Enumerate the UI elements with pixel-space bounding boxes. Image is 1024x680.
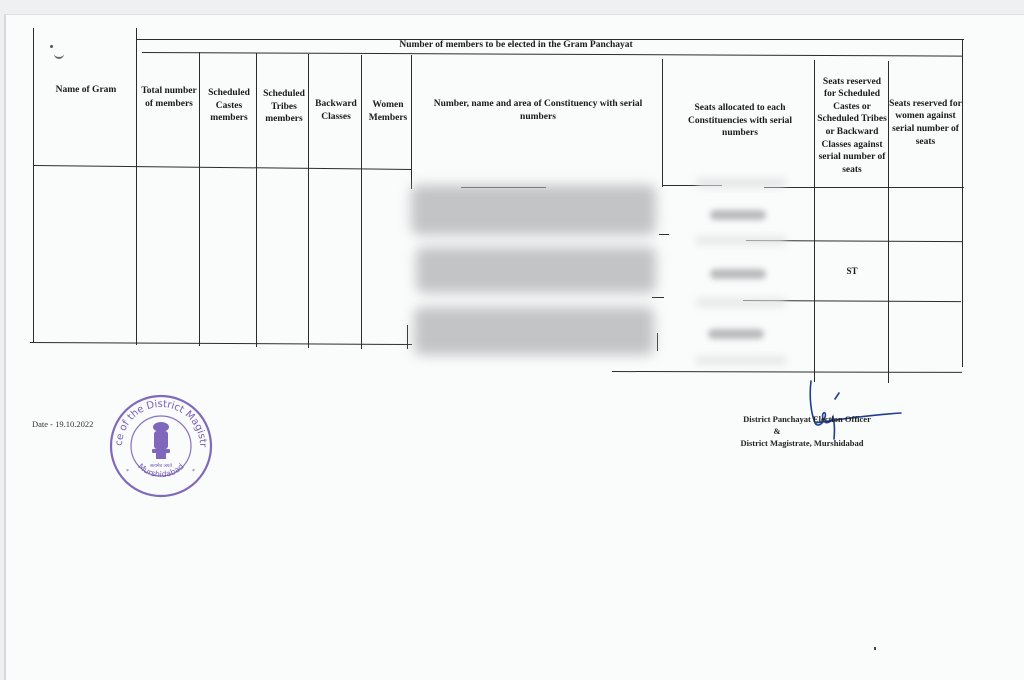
document-date: Date - 19.10.2022 — [32, 419, 93, 429]
table-border — [657, 333, 658, 351]
redacted-band — [696, 237, 786, 244]
redacted-band — [696, 299, 786, 306]
national-emblem-icon — [152, 422, 170, 459]
table-border — [962, 39, 963, 367]
stray-mark — [50, 45, 53, 48]
district-magistrate-stamp: Office of the District Magistrate Murshi… — [108, 393, 214, 499]
column-header-seats-allocated: Seats allocated to each Constituencies w… — [670, 97, 810, 145]
table-border — [30, 342, 412, 345]
redacted-seats-row-2 — [710, 269, 766, 279]
table-border — [662, 59, 663, 187]
signer-title-line-1: District Panchayat Election Officer — [722, 414, 892, 424]
table-border — [33, 28, 34, 342]
document-page: Number of members to be elected in the G… — [4, 14, 1024, 680]
column-header-sc-members: Scheduled Castes members — [201, 81, 257, 131]
table-border — [659, 234, 669, 235]
reserved-category-row-2: ST — [816, 266, 888, 276]
column-header-total-members: Total number of members — [139, 73, 199, 123]
stray-mark — [54, 51, 64, 59]
column-header-name-of-gram: Name of Gram — [36, 75, 136, 105]
signer-title-line-2: & — [722, 426, 832, 436]
column-header-women-members: Women Members — [363, 94, 413, 130]
group-header: Number of members to be elected in the G… — [306, 37, 726, 53]
redacted-constituency-row-3 — [414, 307, 654, 355]
signer-title-line-3: District Magistrate, Murshidabad — [722, 438, 882, 448]
svg-text:सत्यमेव जयते: सत्यमेव जयते — [150, 462, 173, 469]
redacted-constituency-row-2 — [416, 247, 656, 293]
column-header-constituency: Number, name and area of Constituency wi… — [418, 93, 658, 129]
svg-text:*: * — [126, 469, 129, 475]
table-border — [652, 297, 664, 298]
column-header-st-members: Scheduled Tribes members — [258, 82, 310, 132]
redacted-seats-row-3 — [708, 329, 764, 339]
officer-signature — [801, 377, 911, 447]
column-header-seats-reserved-sc-st-bc: Seats reserved for Scheduled Castes or S… — [816, 63, 888, 189]
table-border — [34, 165, 412, 170]
table-border — [407, 325, 408, 349]
table-border — [136, 28, 137, 345]
table-border — [612, 371, 962, 373]
column-header-seats-reserved-women: Seats reserved for women against serial … — [889, 97, 962, 149]
stray-mark — [874, 647, 876, 650]
redacted-band — [696, 357, 786, 364]
svg-text:*: * — [192, 469, 195, 475]
table-border — [136, 40, 137, 41]
redacted-band — [696, 179, 786, 187]
redacted-constituency-row-1 — [411, 185, 656, 235]
column-header-backward-classes: Backward Classes — [310, 93, 362, 129]
redacted-seats-row-1 — [710, 210, 766, 220]
